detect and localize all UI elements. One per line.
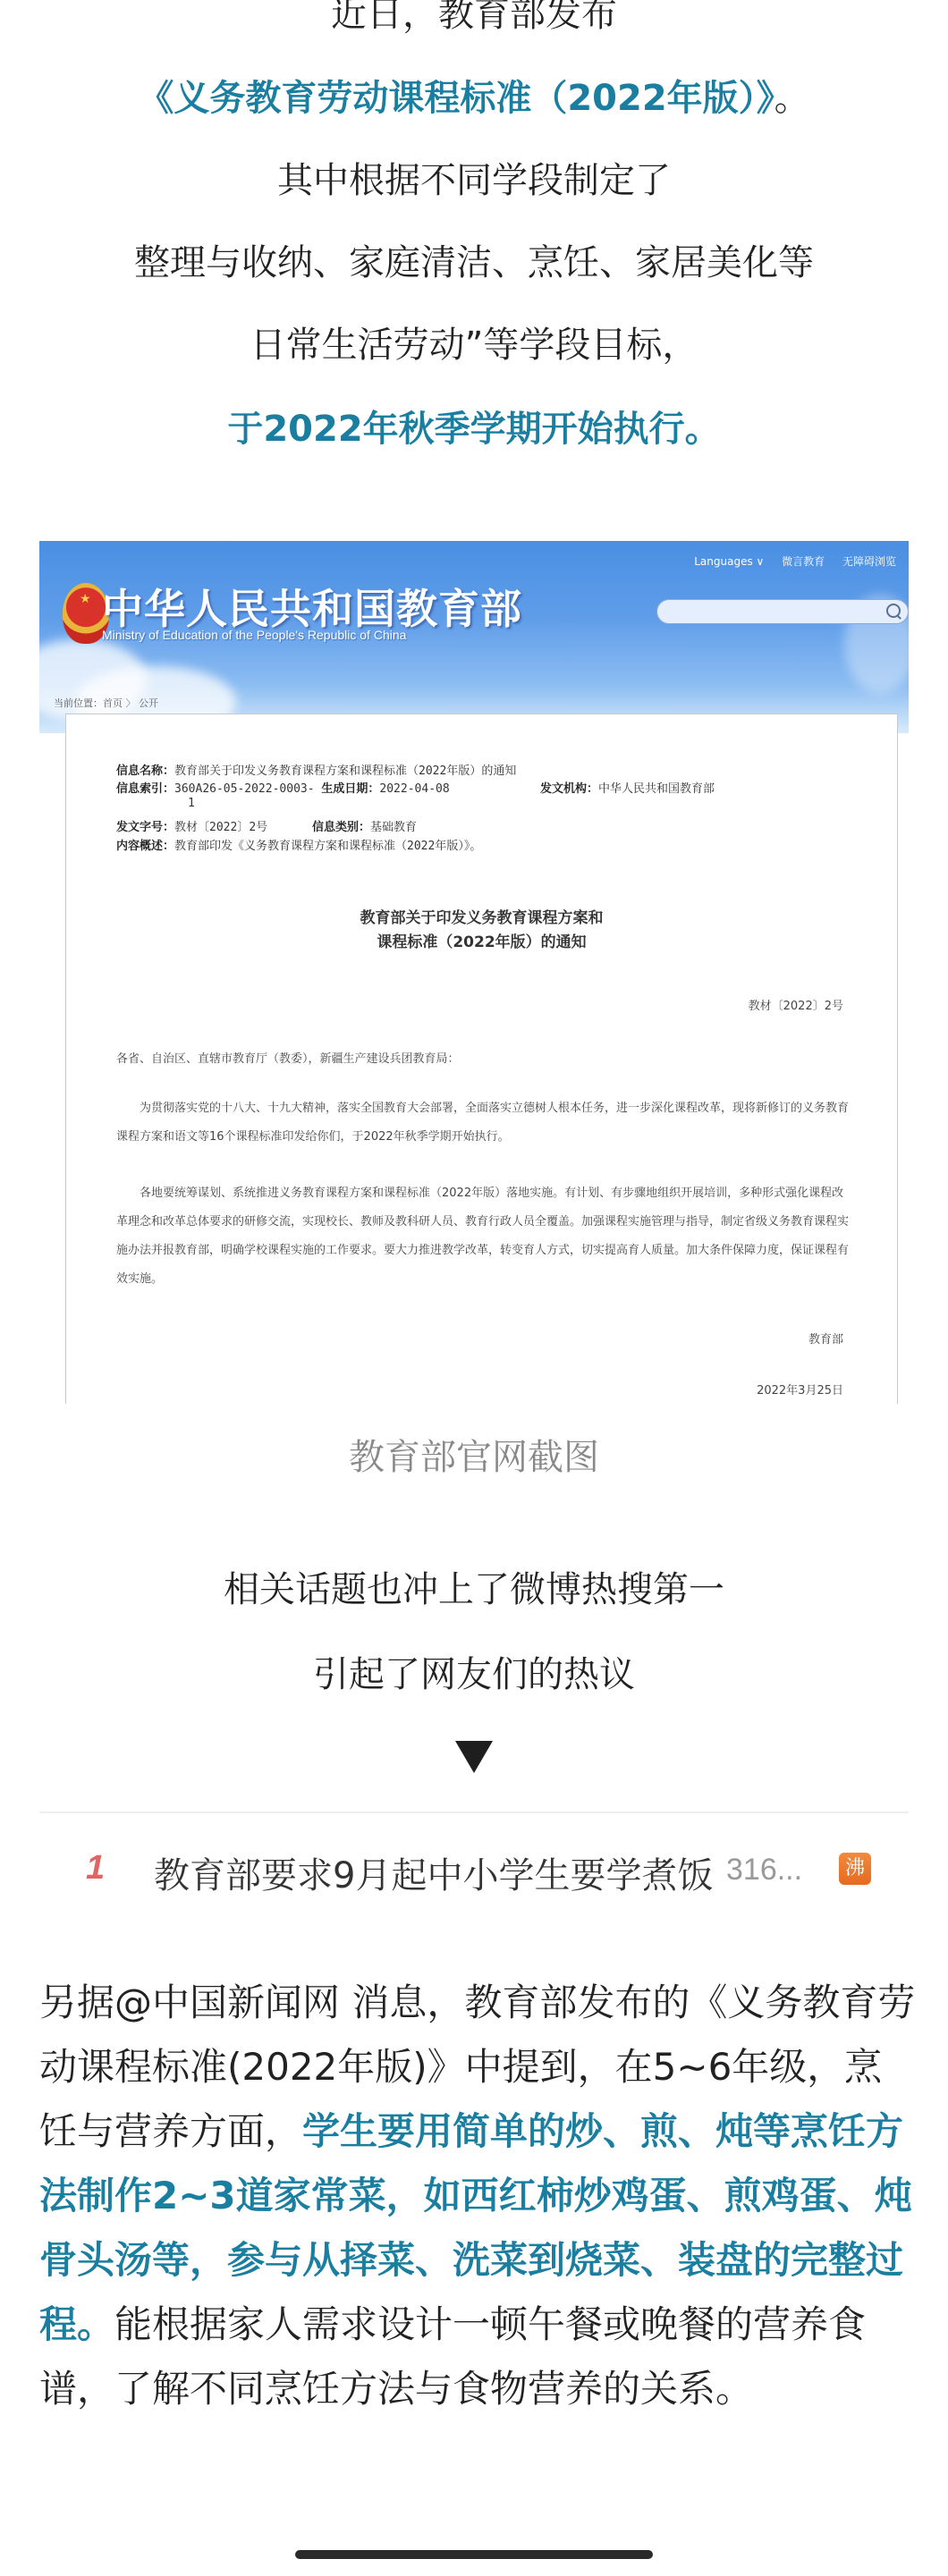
article-paragraph: 另据@中国新闻网 消息，教育部发布的《义务教育劳动课程标准(2022年版)》中提…: [39, 1971, 916, 2421]
doc-paragraph-1: 为贯彻落实党的十八大、十九大精神，落实全国教育大会部署，全面落实立德树人根本任务…: [116, 1094, 850, 1152]
meta-value: 中华人民共和国教育部: [598, 782, 715, 796]
site-subtitle: Ministry of Education of the People's Re…: [102, 628, 406, 642]
hot-search-count: 316...: [726, 1853, 802, 1888]
meta-value: 360A26-05-2022-0003-: [174, 782, 315, 796]
intro-line-2-suffix: 。: [774, 78, 810, 119]
accessibility-link[interactable]: 无障碍浏览: [842, 555, 896, 568]
boiling-badge: 沸: [839, 1853, 871, 1885]
intro-line-1: 近日，教育部发布: [0, 0, 948, 39]
intro-line-4: 整理与收纳、家庭清洁、烹饪、家居美化等: [0, 238, 948, 288]
meta-info-summary: 内容概述：教育部印发《义务教育课程方案和课程标准（2022年版）》。: [116, 836, 481, 853]
meta-label: 信息类别：: [312, 821, 370, 834]
home-indicator[interactable]: [295, 2550, 653, 2559]
intro-line-6-highlight: 于2022年秋季学期开始执行。: [0, 404, 948, 454]
meta-value: 教育部印发《义务教育课程方案和课程标准（2022年版）》。: [174, 840, 481, 853]
intro-line-3: 其中根据不同学段制定了: [0, 156, 948, 206]
meta-label: 内容概述：: [116, 840, 174, 853]
doc-addressee: 各省、自治区、直辖市教育厅（教委），新疆生产建设兵团教育局：: [116, 1045, 850, 1074]
doc-paragraph-2: 各地要统筹谋划、系统推进义务教育课程方案和课程标准（2022年版）落地实施。有计…: [116, 1179, 850, 1294]
meta-info-org: 发文机构：中华人民共和国教育部: [540, 779, 715, 796]
ministry-website-screenshot: ★ 中华人民共和国教育部 Ministry of Education of th…: [39, 541, 909, 1404]
notice-document: 信息名称：教育部关于印发义务教育课程方案和课程标准（2022年版）的通知 信息索…: [65, 714, 898, 1404]
meta-info-docno: 发文字号：教材〔2022〕2号: [116, 817, 267, 834]
site-search-input[interactable]: [656, 599, 909, 624]
doc-signature-date: 2022年3月25日: [757, 1381, 843, 1398]
meta-value: 教育部关于印发义务教育课程方案和课程标准（2022年版）的通知: [174, 764, 516, 778]
weibo-intro-line-1: 相关话题也冲上了微博热搜第一: [0, 1565, 948, 1615]
divider: [39, 1812, 909, 1813]
doc-title-line-2: 课程标准（2022年版）的通知: [66, 930, 897, 955]
search-icon[interactable]: [886, 604, 901, 618]
site-header-banner: ★ 中华人民共和国教育部 Ministry of Education of th…: [39, 541, 909, 733]
article-text-part-2: 能根据家人需求设计一顿午餐或晚餐的营养食谱，了解不同烹饪方法与食物营养的关系。: [39, 2302, 866, 2411]
top-links: Languages ∨ 微言教育 无障碍浏览: [680, 553, 896, 569]
languages-link[interactable]: Languages ∨: [694, 555, 764, 568]
doc-signature: 教育部: [808, 1330, 843, 1347]
meta-value: 2022-04-08: [379, 782, 449, 796]
weibo-intro-line-2: 引起了网友们的热议: [0, 1650, 948, 1700]
meta-label: 生成日期：: [321, 782, 379, 796]
breadcrumb: 当前位置：首页 〉 公开: [54, 696, 158, 710]
doc-number: 教材〔2022〕2号: [749, 996, 843, 1013]
intro-line-2: 《义务教育劳动课程标准（2022年版）》。: [0, 73, 948, 123]
hot-search-rank: 1: [86, 1849, 105, 1888]
standard-title-highlight: 《义务教育劳动课程标准（2022年版）》: [138, 78, 774, 119]
weiyan-education-link[interactable]: 微言教育: [782, 555, 825, 568]
meta-label: 信息名称：: [116, 764, 174, 778]
hot-search-title[interactable]: 教育部要求9月起中小学生要学煮饭: [154, 1847, 713, 1898]
meta-label: 发文机构：: [540, 782, 598, 796]
meta-label: 信息索引：: [116, 782, 174, 796]
meta-info-name: 信息名称：教育部关于印发义务教育课程方案和课程标准（2022年版）的通知: [116, 761, 516, 778]
star-icon: ★: [80, 592, 91, 606]
screenshot-caption: 教育部官网截图: [0, 1432, 948, 1482]
meta-info-index-cont: 1: [188, 797, 195, 810]
down-arrow-icon: [455, 1741, 493, 1773]
meta-value: 教材〔2022〕2号: [174, 821, 267, 834]
meta-label: 发文字号：: [116, 821, 174, 834]
intro-line-5: 日常生活劳动”等学段目标，: [0, 320, 948, 370]
meta-value: 基础教育: [370, 821, 417, 834]
meta-info-index: 信息索引：360A26-05-2022-0003- 生成日期：2022-04-0…: [116, 779, 450, 796]
hot-search-item[interactable]: 1 教育部要求9月起中小学生要学煮饭 316... 沸: [39, 1833, 909, 1913]
meta-info-category: 信息类别：基础教育: [312, 817, 417, 834]
doc-title-line-1: 教育部关于印发义务教育课程方案和: [66, 906, 897, 931]
